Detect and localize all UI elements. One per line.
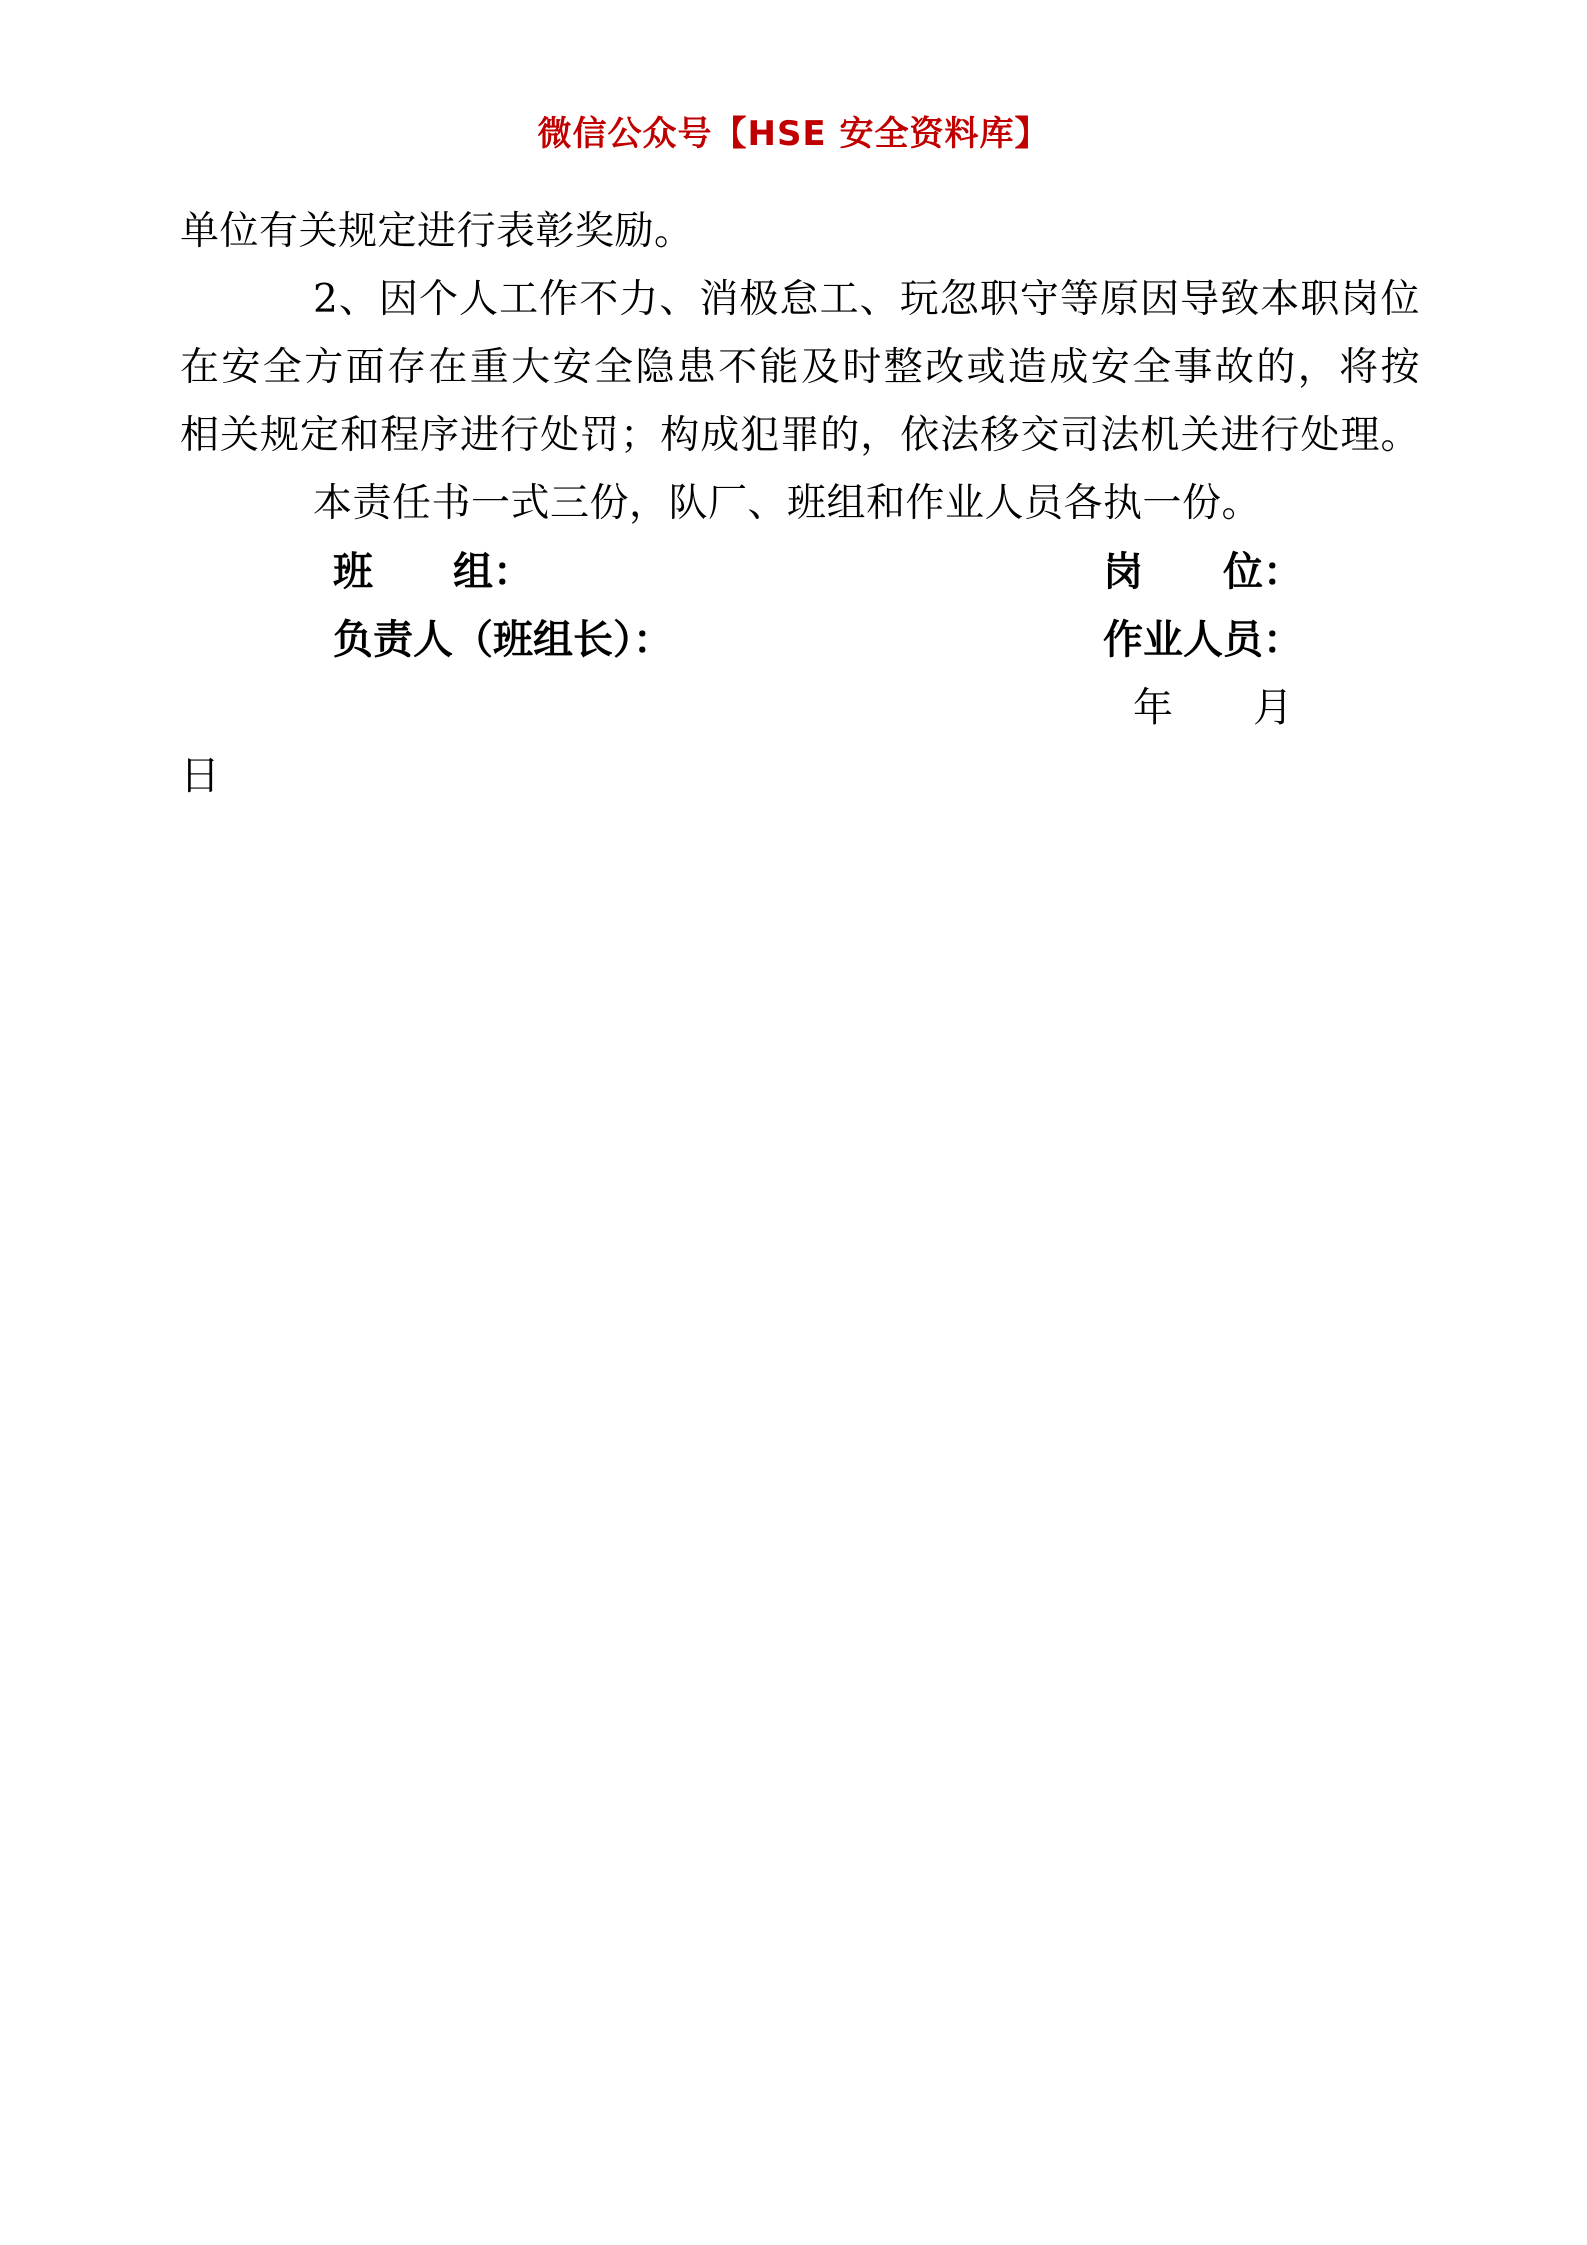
signature-label-team: 班 组：	[333, 548, 533, 595]
watermark-header: 微信公众号【HSE 安全资料库】	[0, 112, 1587, 156]
body-line: 在安全方面存在重大安全隐患不能及时整改或造成安全事故的，将按	[180, 334, 1420, 402]
date-row-year-month: 年 月	[180, 674, 1420, 742]
signature-row-leader-worker: 负责人（班组长）： 作业人员：	[180, 606, 1420, 674]
signature-label-post: 岗 位：	[1103, 538, 1303, 606]
date-row-day: 日	[180, 742, 1420, 810]
document-page: 微信公众号【HSE 安全资料库】 单位有关规定进行表彰奖励。 2、因个人工作不力…	[0, 0, 1587, 2245]
signature-label-leader: 负责人（班组长）：	[333, 616, 673, 663]
signature-label-worker: 作业人员：	[1103, 606, 1303, 674]
body-line: 2、因个人工作不力、消极怠工、玩忽职守等原因导致本职岗位	[180, 266, 1420, 334]
date-day: 日	[180, 753, 220, 799]
signature-row-team-post: 班 组： 岗 位：	[180, 538, 1420, 606]
body-line: 单位有关规定进行表彰奖励。	[180, 198, 1420, 266]
body-text-block: 单位有关规定进行表彰奖励。 2、因个人工作不力、消极怠工、玩忽职守等原因导致本职…	[180, 198, 1420, 810]
body-line: 本责任书一式三份，队厂、班组和作业人员各执一份。	[180, 470, 1420, 538]
date-year-month: 年 月	[1133, 674, 1293, 742]
body-line: 相关规定和程序进行处罚；构成犯罪的，依法移交司法机关进行处理。	[180, 402, 1420, 470]
